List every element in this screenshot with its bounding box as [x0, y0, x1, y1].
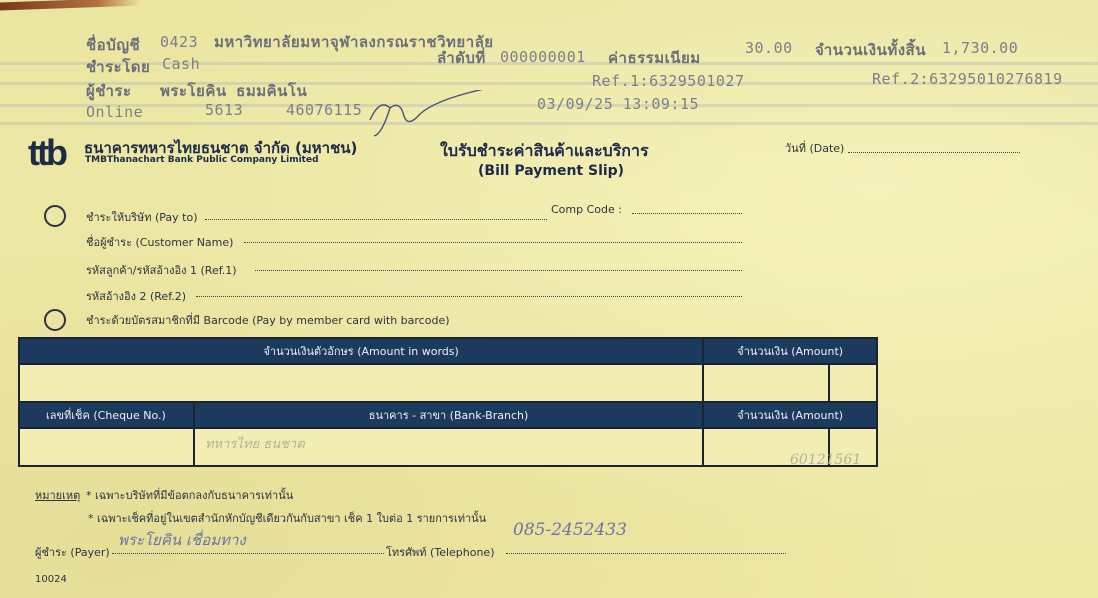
bank-branch-header: ธนาคาร - สาขา (Bank-Branch): [194, 402, 704, 428]
amount-header: จำนวนเงิน (Amount): [703, 338, 877, 364]
stamp-payby-value: Cash: [162, 55, 200, 73]
comp-code-label: Comp Code :: [551, 203, 622, 216]
stamp-payby-label: ชำระโดย: [86, 55, 150, 79]
payer-field[interactable]: [112, 553, 384, 554]
slip-title-en: (Bill Payment Slip): [478, 163, 624, 179]
note-2: * เฉพาะเช็คที่อยู่ในเขตสำนักหักบัญชีเดีย…: [88, 509, 486, 527]
bank-branch-handwriting: ทหารไทย ธนชาต: [205, 433, 305, 454]
amount-satang-cell[interactable]: [829, 364, 877, 402]
stamp-seq-label: ลำดับที่: [437, 46, 486, 70]
date-label: วันที่ (Date): [785, 139, 844, 157]
telephone-field[interactable]: [506, 553, 786, 554]
stamp-ref2: Ref.2:63295010276819: [872, 70, 1063, 88]
cheque-no-header: เลขที่เช็ค (Cheque No.): [19, 402, 194, 428]
stamp-timestamp: 03/09/25 13:09:15: [537, 95, 699, 113]
amount-words-cell[interactable]: [19, 364, 703, 402]
print-strip: [0, 122, 1098, 125]
stamp-branch-code: 5613: [205, 101, 243, 119]
stamp-ref1: Ref.1:6329501027: [592, 72, 745, 90]
pay-to-field[interactable]: [205, 219, 547, 220]
ref1-label: รหัสลูกค้า/รหัสอ้างอิง 1 (Ref.1): [86, 261, 237, 279]
telephone-label: โทรศัพท์ (Telephone): [386, 543, 495, 561]
pay-to-radio[interactable]: [44, 205, 66, 227]
stamp-fee-value: 30.00: [745, 39, 793, 57]
form-code: 10024: [35, 574, 67, 585]
stamp-account-code: 0423: [160, 33, 198, 51]
notes-label-text: หมายเหตุ: [35, 489, 80, 502]
cheque-no-cell[interactable]: [19, 428, 194, 466]
date-field[interactable]: [848, 152, 1020, 153]
barcode-label: ชำระด้วยบัตรสมาชิกที่มี Barcode (Pay by …: [86, 311, 450, 329]
stamp-total-label: จำนวนเงินทั้งสิ้น: [815, 38, 926, 62]
stamp-seq-value: 000000001: [500, 48, 586, 66]
stamp-fee-label: ค่าธรรมเนียม: [608, 46, 701, 70]
payer-label: ผู้ชำระ (Payer): [35, 543, 110, 561]
margin-handwriting: 60121561: [790, 452, 861, 468]
comp-code-field[interactable]: [632, 213, 742, 214]
stamp-channel: Online: [86, 103, 143, 121]
pay-to-label: ชำระให้บริษัท (Pay to): [86, 208, 197, 226]
customer-name-field[interactable]: [244, 242, 742, 243]
amount-baht-cell[interactable]: [703, 364, 829, 402]
stamp-teller-code: 46076115: [286, 101, 362, 119]
ttb-logo: ttb: [28, 138, 65, 168]
teller-signature: [360, 90, 520, 140]
customer-name-label: ชื่อผู้ชำระ (Customer Name): [86, 233, 233, 251]
telephone-handwriting: 085-2452433: [513, 520, 627, 540]
note-1: * เฉพาะบริษัทที่มีข้อตกลงกับธนาคารเท่านั…: [86, 486, 293, 504]
bank-name-en: TMBThanachart Bank Public Company Limite…: [85, 155, 319, 165]
stamp-payer-name: พระโยคิน ธมมคินโน: [160, 79, 307, 103]
ref2-label: รหัสอ้างอิง 2 (Ref.2): [86, 287, 186, 305]
amount-words-header: จำนวนเงินตัวอักษร (Amount in words): [19, 338, 703, 364]
ref1-field[interactable]: [255, 270, 742, 271]
stamp-account-label: ชื่อบัญชี: [86, 33, 140, 57]
notes-label: หมายเหตุ: [35, 486, 80, 504]
slip-title-th: ใบรับชำระค่าสินค้าและบริการ: [440, 139, 649, 164]
payer-handwriting: พระโยคิน เชื่อมทาง: [118, 528, 246, 552]
amount-table: จำนวนเงินตัวอักษร (Amount in words) จำนว…: [18, 337, 878, 403]
cheque-amount-header: จำนวนเงิน (Amount): [703, 402, 877, 428]
barcode-radio[interactable]: [44, 309, 66, 331]
stamp-total-value: 1,730.00: [942, 39, 1018, 57]
ttb-logo-mark: ttb: [28, 138, 65, 168]
stamp-payer-label: ผู้ชำระ: [86, 79, 132, 103]
cheque-table: เลขที่เช็ค (Cheque No.) ธนาคาร - สาขา (B…: [18, 401, 878, 467]
ref2-field[interactable]: [196, 296, 742, 297]
